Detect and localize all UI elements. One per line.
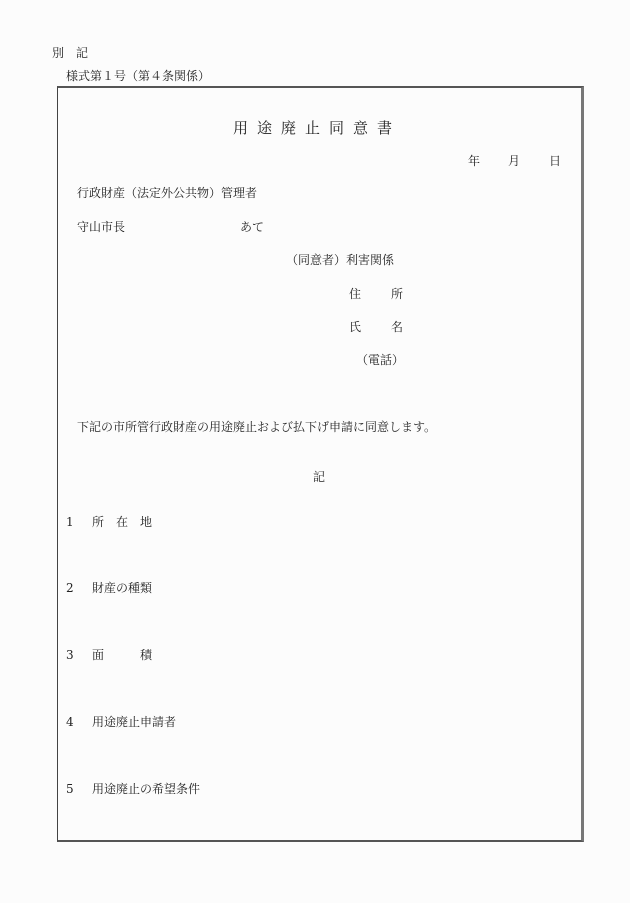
item-label: 用途廃止申請者 <box>92 715 176 729</box>
item-number: 2 <box>66 581 92 595</box>
consent-statement: 下記の市所管行政財産の用途廃止および払下げ申請に同意します。 <box>77 418 436 435</box>
address-label-1: 住 <box>349 285 361 302</box>
item-location: 1所 在 地 <box>66 513 152 530</box>
note-heading: 記 <box>313 468 325 485</box>
name-label-2: 名 <box>391 318 403 335</box>
document-title: 用途廃止同意書 <box>233 117 401 138</box>
recipient-title: 行政財産（法定外公共物）管理者 <box>77 184 257 201</box>
recipient-name: 守山市長 <box>77 218 125 235</box>
form-number-label: 様式第１号（第４条関係） <box>66 67 210 84</box>
item-label: 所 在 地 <box>92 515 152 529</box>
consenter-label: （同意者）利害関係 <box>286 251 394 268</box>
annex-label: 別 記 <box>52 44 88 61</box>
item-applicant: 4用途廃止申請者 <box>66 713 176 730</box>
recipient-suffix: あて <box>240 218 264 235</box>
item-number: 3 <box>66 648 92 662</box>
date-day-label: 日 <box>549 152 561 169</box>
name-label-1: 氏 <box>349 318 361 335</box>
item-property-type: 2財産の種類 <box>66 579 152 596</box>
item-conditions: 5用途廃止の希望条件 <box>66 780 200 797</box>
address-label-2: 所 <box>391 285 403 302</box>
item-label: 面 積 <box>92 648 152 662</box>
date-month-label: 月 <box>508 152 520 169</box>
date-year-label: 年 <box>468 152 480 169</box>
item-area: 3面 積 <box>66 646 152 663</box>
phone-label: （電話） <box>356 351 404 368</box>
item-label: 用途廃止の希望条件 <box>92 782 200 796</box>
item-label: 財産の種類 <box>92 581 152 595</box>
item-number: 5 <box>66 782 92 796</box>
item-number: 4 <box>66 715 92 729</box>
item-number: 1 <box>66 515 92 529</box>
